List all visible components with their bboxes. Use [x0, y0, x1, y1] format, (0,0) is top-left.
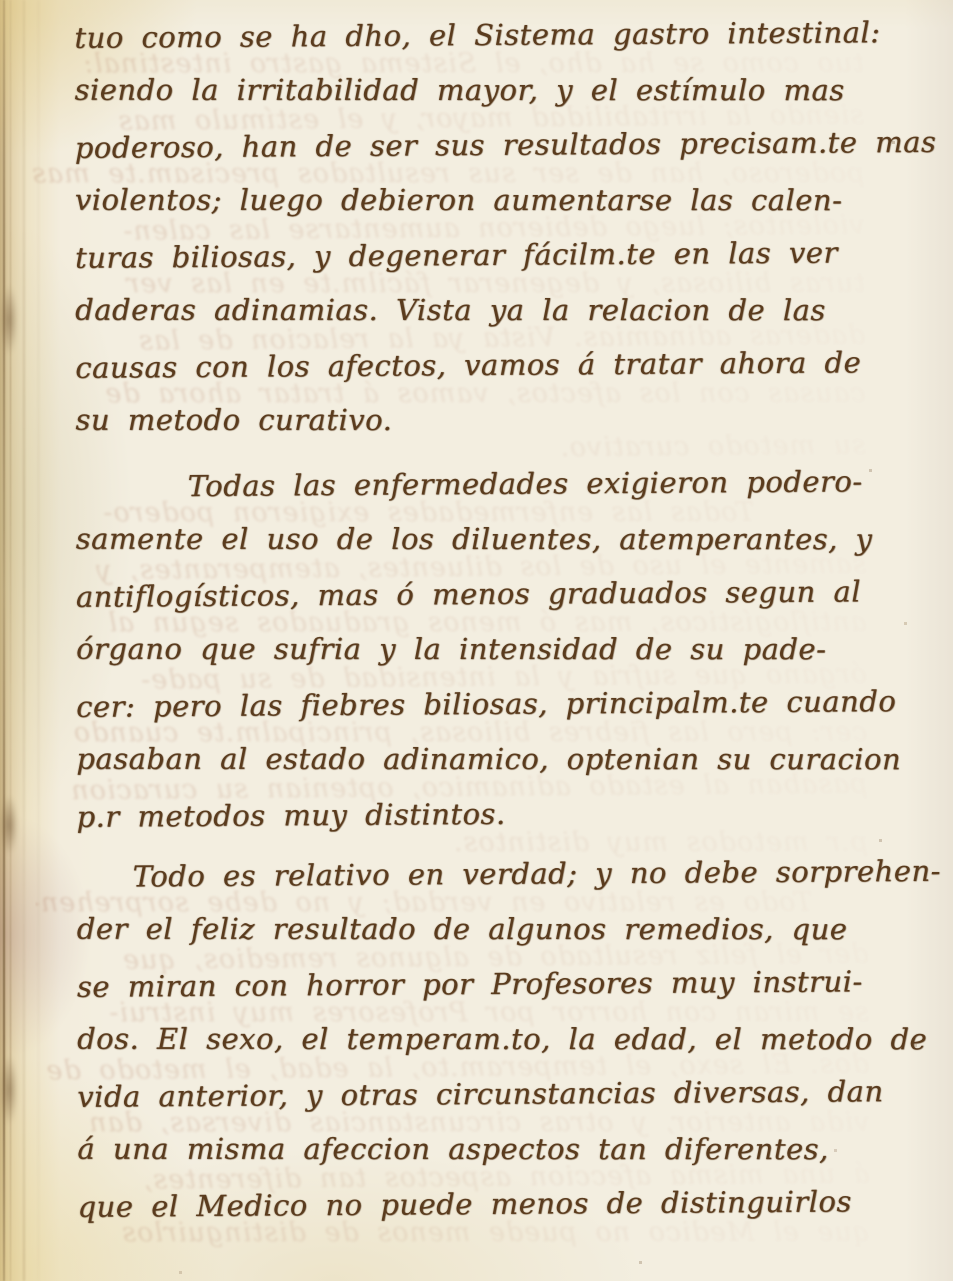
manuscript-line: siendo la irritabilidad mayor, y el estí…: [75, 63, 892, 118]
manuscript-line: cer: pero las fiebres biliosas, principa…: [76, 674, 893, 735]
manuscript-line: antiflogísticos, mas ó menos graduados s…: [76, 564, 893, 625]
binding-crease: [23, 0, 25, 1281]
manuscript-line: turas biliosas, y degenerar fácilm.te en…: [75, 225, 892, 286]
paragraph: Todas las enfermedades exigieron podero-…: [76, 456, 894, 843]
manuscript-line: tuo como se ha dho, el Sistema gastro in…: [74, 5, 891, 66]
binding-stain: [0, 1055, 18, 1125]
binding-crease: [10, 0, 11, 1281]
manuscript-line: poderoso, han de ser sus resultados prec…: [75, 115, 892, 176]
manuscript-line: Todo es relativo en verdad; y no debe so…: [76, 844, 893, 905]
manuscript-line: vida anterior, y otras circunstancias di…: [77, 1064, 894, 1125]
manuscript-line: samente el uso de los diluentes, atemper…: [76, 512, 893, 567]
binding-stain: [0, 285, 18, 355]
manuscript-line: Todas las enfermedades exigieron podero-: [75, 454, 892, 515]
manuscript-line: daderas adinamias. Vista ya la relacion …: [75, 283, 892, 338]
binding-crease: [38, 0, 39, 1281]
paragraph: Todo es relativo en verdad; y no debe so…: [77, 846, 895, 1233]
manuscript-line: dos. El sexo, el temperam.to, la edad, e…: [77, 1012, 894, 1067]
binding-stain: [0, 795, 18, 855]
manuscript-line: pasaban al estado adinamico, optenian su…: [76, 732, 893, 787]
manuscript-text: tuo como se ha dho, el Sistema gastro in…: [74, 7, 894, 1233]
manuscript-line: á una misma afeccion aspectos tan difere…: [77, 1122, 894, 1177]
binding-crease: [3, 0, 5, 1281]
manuscript-line: der el feliz resultado de algunos remedi…: [77, 902, 894, 957]
manuscript-line: violentos; luego debieron aumentarse las…: [75, 173, 892, 228]
manuscript-page: tuo como se ha dho, el Sistema gastro in…: [0, 0, 953, 1281]
paragraph: tuo como se ha dho, el Sistema gastro in…: [74, 7, 892, 449]
manuscript-line: se miran con horror por Profesores muy i…: [77, 954, 894, 1015]
manuscript-line: su metodo curativo.: [75, 393, 892, 448]
manuscript-line: p.r metodos muy distintos.: [76, 784, 893, 845]
paper-speckles: [0, 0, 1, 1]
manuscript-line: órgano que sufria y la intensidad de su …: [76, 622, 893, 677]
manuscript-line: causas con los afectos, vamos á tratar a…: [75, 335, 892, 396]
manuscript-line: que el Medico no puede menos de distingu…: [77, 1174, 894, 1235]
